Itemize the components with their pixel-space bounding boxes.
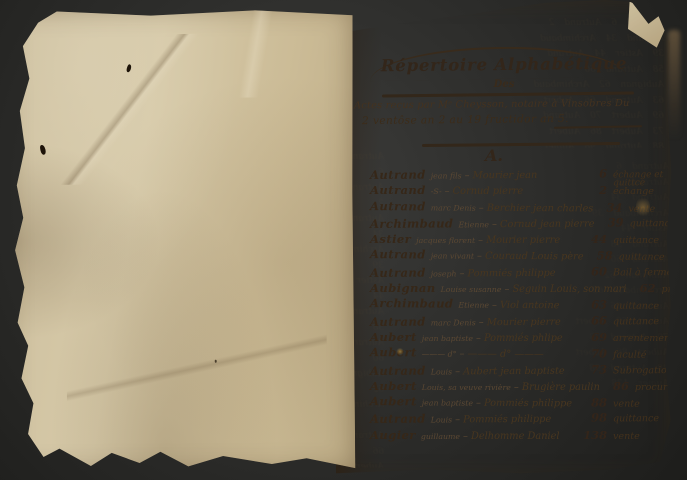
paper-crease (155, 7, 356, 98)
entry-surname: Astier (370, 232, 411, 246)
entry-counterparty: Mourier jean (465, 170, 578, 182)
subtitle-fill-rule (554, 125, 642, 129)
ink-speck (39, 144, 46, 155)
entry-act-type: procuration (659, 284, 687, 295)
entry-given-names: guillaume (419, 432, 460, 441)
entry-counterparty: Cornud jean pierre (492, 218, 595, 230)
entry-given-names: jean vivant (429, 252, 474, 261)
entry-row: Autrand jean vivant Couraud Louis père 5… (370, 248, 668, 266)
entry-act-type: quittance (610, 316, 668, 327)
entry-counterparty: Pommiés philippe (459, 267, 578, 279)
entry-row: Archimbaud Etienne Viol antoine 63 quitt… (370, 296, 668, 314)
entries-list: Autrand jean fils Mourier jean 6 échange… (370, 167, 668, 472)
entry-given-names: Louis (429, 367, 452, 376)
subtitle-line-2: 2 ventôse an 2 au 19 fructidor an 5. (362, 113, 569, 127)
ink-speck (126, 64, 132, 73)
title-underline-rule (382, 91, 634, 97)
entry-counterparty: Couraud Louis père (477, 251, 584, 263)
entry-given-names: jacques florent (414, 236, 475, 245)
entry-given-names: Louise susanne (439, 285, 502, 294)
entry-act-type: arrentement (610, 333, 668, 344)
entry-surname: Autrand (370, 265, 426, 279)
page-title: Répertoire Alphabétique (336, 53, 672, 76)
entry-act-type: faculté (610, 350, 668, 361)
entry-counterparty: Delhomme Daniel (463, 431, 578, 442)
entry-surname: Aubert (370, 379, 417, 393)
entry-row: Autrand -S- Cornud pierre 2 échange (370, 183, 668, 199)
entry-row: Aubert jean baptiste Pommiés phlipe 69 a… (370, 330, 668, 346)
entry-act-type: quittance (627, 218, 685, 229)
entry-given-names: Etienne (456, 220, 489, 229)
entry-given-names: jean fils (429, 171, 462, 180)
entry-row: Autrand joseph Pommiés philippe 60 Bail … (370, 264, 668, 282)
entry-counterparty: Brugière paulin (514, 382, 600, 393)
title-connector-word: Des (336, 79, 672, 90)
torn-corner-flap (622, 1, 671, 50)
entry-act-number: 88 (581, 396, 607, 410)
entry-surname: Autrand (370, 314, 426, 328)
entry-act-type: vente (610, 431, 668, 442)
entry-act-number: 2 (581, 183, 607, 197)
entry-row: Augier guillaume Delhomme Daniel 138 ven… (370, 428, 668, 444)
entry-row: Autrand Louis Aubert jean baptiste 73 Su… (370, 362, 668, 380)
entry-act-number: 70 (581, 347, 607, 361)
entry-counterparty: Mourier pierre (478, 235, 578, 246)
entry-act-number: 6 (581, 166, 607, 180)
entry-act-type: quittance (615, 252, 673, 263)
entry-given-names: ——— d° (420, 350, 457, 359)
entry-row: Archimbaud Etienne Cornud jean pierre 39… (370, 215, 668, 233)
entry-counterparty: Viol antoine (492, 300, 578, 312)
entry-given-names: Louis, sa veuve rivière (420, 383, 511, 392)
entry-surname: Autrand (370, 199, 426, 213)
blank-cover-page (5, 7, 356, 473)
entry-act-number: 60 (581, 264, 607, 278)
entry-row: Autrand marc Denis Berchier jean charles… (370, 199, 668, 217)
entry-act-number: 58 (586, 249, 612, 263)
entry-act-type: quittance (610, 414, 668, 425)
entry-act-number: 98 (581, 411, 607, 425)
entry-surname: Archimbaud (370, 216, 454, 231)
entry-counterparty: Aubert jean baptiste (455, 365, 578, 377)
entry-act-number: 62 (630, 281, 656, 295)
entry-row: Autrand marc Denis Mourier pierre 66 qui… (370, 313, 668, 331)
entry-surname: Archimbaud (370, 296, 454, 311)
entry-act-type: quittance (610, 235, 668, 246)
ink-speck (215, 360, 217, 363)
entry-row: Autrand Louis Pommiés philippe 98 quitta… (370, 411, 668, 429)
entry-given-names: Louis (429, 416, 452, 425)
entry-surname: Autrand (370, 168, 426, 182)
entry-given-names: marc Denis (429, 203, 476, 212)
entry-row: Aubert Louis, sa veuve rivière Brugière … (370, 379, 668, 395)
entry-counterparty: Cornud pierre (445, 186, 578, 197)
entry-counterparty: Berchier jean charles (479, 202, 594, 214)
entry-act-type: procuration (632, 382, 687, 393)
entry-surname: Aubert (370, 394, 417, 408)
entry-act-type: Bail à ferme (610, 267, 668, 278)
paper-crease (23, 34, 234, 185)
entry-given-names: jean baptiste (420, 399, 473, 408)
entry-act-number: 39 (598, 215, 624, 229)
scanned-register-photo: Autrand 6 Autrand 2 Autrand 34 Archimbau… (0, 0, 687, 480)
entry-counterparty: Pommiés phlipe (476, 333, 578, 344)
entry-row: Autrand jean fils Mourier jean 6 échange… (370, 166, 668, 184)
entry-act-number: 86 (603, 379, 629, 393)
entry-act-number: 138 (581, 428, 607, 442)
entry-act-number: 73 (581, 362, 607, 376)
entry-given-names: -S- (429, 187, 442, 196)
entry-row: Aubert ——— d° ——— d° ——— 70 faculté (370, 345, 668, 363)
entry-given-names: marc Denis (429, 318, 476, 327)
entry-act-number: 63 (581, 298, 607, 312)
entry-given-names: joseph (429, 269, 457, 278)
entry-surname: Autrand (370, 412, 426, 426)
entry-given-names: Etienne (456, 301, 489, 310)
entry-counterparty: Seguin Louis, son mari (504, 284, 626, 295)
entry-surname: Augier (370, 428, 416, 442)
subtitle-line-1: Actes reçus par Mᵉ Cheysson, notaire à V… (354, 98, 668, 112)
entry-surname: Aubignan (370, 281, 436, 295)
entry-surname: Aubert (370, 345, 417, 359)
entry-counterparty: Pommiés philippe (455, 414, 578, 426)
entry-act-number: 66 (581, 313, 607, 327)
entry-row: Aubignan Louise susanne Seguin Louis, so… (370, 281, 668, 297)
entry-act-type: Subrogation (610, 365, 668, 376)
entry-surname: Autrand (370, 248, 426, 262)
entry-act-type: échange (610, 186, 668, 197)
entry-act-number: 34 (596, 200, 622, 214)
entry-act-number: 44 (581, 232, 607, 246)
entry-act-number: 69 (581, 330, 607, 344)
paper-crease (66, 307, 327, 429)
entry-given-names: jean baptiste (420, 334, 473, 343)
entry-counterparty: ——— d° ——— (460, 349, 579, 361)
entry-row: Astier jacques florent Mourier pierre 44… (370, 232, 668, 248)
entry-surname: Autrand (370, 363, 426, 377)
repertoire-page: Autrand 6 Autrand 2 Autrand 34 Archimbau… (336, 0, 672, 478)
entry-counterparty: Mourier pierre (479, 316, 578, 328)
entry-act-type: vente (625, 203, 683, 214)
entry-surname: Autrand (370, 183, 426, 197)
entry-surname: Aubert (370, 330, 417, 344)
entry-act-type: quittance (610, 301, 668, 312)
section-letter: A. (336, 146, 652, 165)
entry-counterparty: Pommiés philippe (476, 398, 578, 410)
entry-act-type: vente (610, 399, 668, 410)
